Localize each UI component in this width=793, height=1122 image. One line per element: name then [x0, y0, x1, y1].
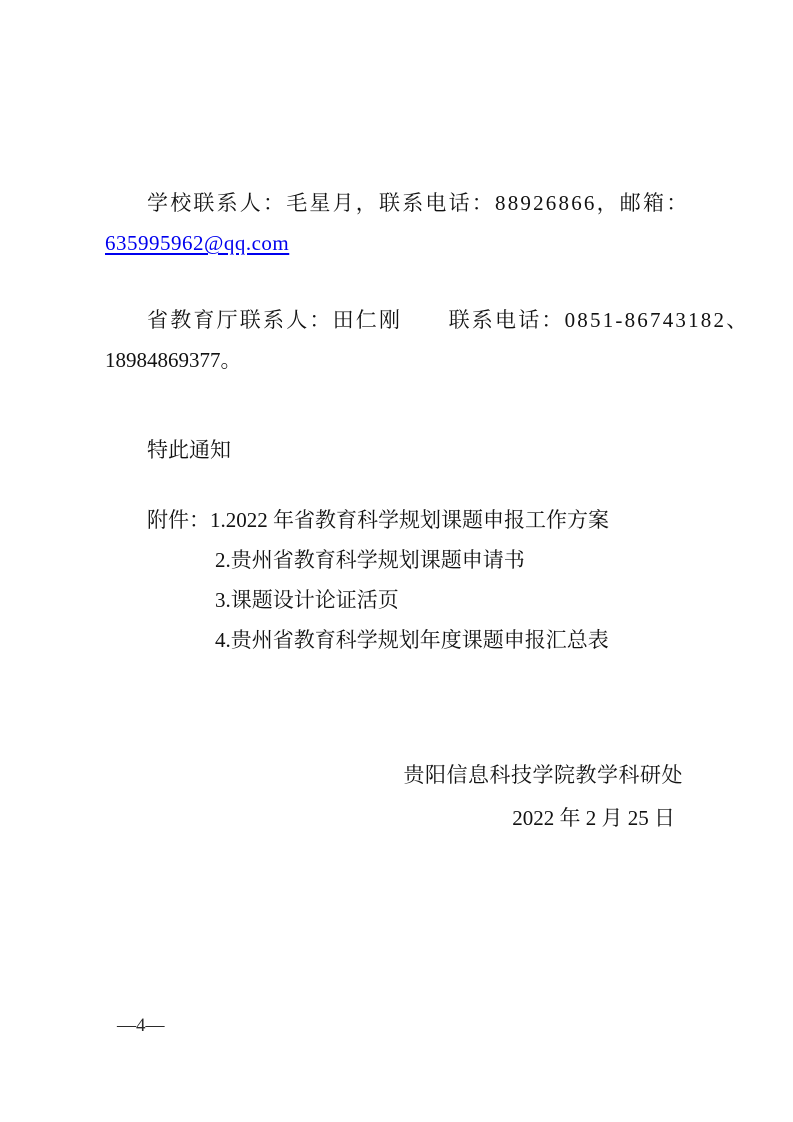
email-line: 635995962@qq.com	[105, 223, 700, 263]
attachments-label: 附件：	[147, 508, 210, 532]
email-link[interactable]: 635995962@qq.com	[105, 231, 289, 255]
document-page: 学校联系人：毛星月，联系电话：88926866，邮箱： 635995962@qq…	[0, 0, 793, 1122]
attachment-line-1: 附件：1.2022 年省教育科学规划课题申报工作方案	[105, 500, 700, 540]
attachments-list: 附件：1.2022 年省教育科学规划课题申报工作方案 2.贵州省教育科学规划课题…	[105, 500, 700, 660]
dept-contact-paragraph: 省教育厅联系人：田仁刚 联系电话：0851-86743182、 18984869…	[105, 300, 700, 380]
signature-organization: 贵阳信息科技学院教学科研处	[404, 755, 684, 795]
school-contact-paragraph: 学校联系人：毛星月，联系电话：88926866，邮箱： 635995962@qq…	[105, 183, 700, 263]
dept-contact-line: 省教育厅联系人：田仁刚 联系电话：0851-86743182、	[105, 300, 700, 340]
notice-statement: 特此通知	[105, 430, 700, 470]
dept-contact-phone2: 18984869377。	[105, 340, 700, 380]
attachment-item-2: 2.贵州省教育科学规划课题申请书	[105, 540, 700, 580]
attachment-item-4: 4.贵州省教育科学规划年度课题申报汇总表	[105, 620, 700, 660]
signature-date: 2022 年 2 月 25 日	[512, 798, 675, 838]
school-contact-line: 学校联系人：毛星月，联系电话：88926866，邮箱：	[105, 183, 700, 223]
page-number: —4—	[117, 1006, 165, 1046]
attachment-item-1: 1.2022 年省教育科学规划课题申报工作方案	[210, 508, 609, 532]
attachment-item-3: 3.课题设计论证活页	[105, 580, 700, 620]
